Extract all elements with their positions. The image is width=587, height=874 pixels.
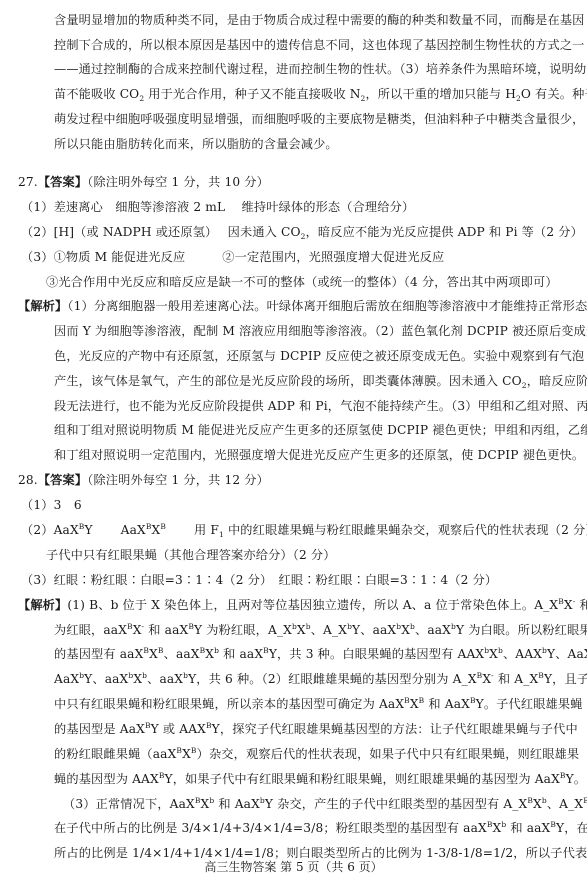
text-run: 中的红眼雄果蝇与粉红眼雌果蝇杂交，观察后代的性状表现（2 分）: [224, 523, 587, 537]
text-run: 在子代中所占的比例是 3/4×1/4+3/4×1/4=3/8；粉红眼类型的基因型…: [54, 821, 587, 835]
analysis-tag: 【解析】: [18, 299, 67, 313]
q28-analysis-line: 为红眼，aaXBX- 和 aaXBY 为粉红眼，A_XbXb、A_XbY、aaX…: [54, 622, 587, 638]
text-run: （2）[H]（或 NADPH 或还原氢） 因未通入 CO: [21, 225, 301, 239]
q28-analysis-first: 【解析】(1) B、b 位于 X 染色体上，且两对等位基因独立遗传，所以 A、a…: [18, 597, 587, 613]
q27-part1: （1）差速离心 细胞等渗溶液 2 mL 维持叶绿体的形态（合理给分）: [21, 199, 414, 215]
page-footer: 高三生物答案 第 5 页（共 6 页）: [0, 858, 587, 874]
q28-analysis-line: 中只有红眼果蝇和粉红眼果蝇，所以亲本的基因型可确定为 AaXBXB 和 AaXB…: [54, 696, 583, 712]
q27-analysis-line: 和丁组对照说明一定范围内，光照强度增大促进光反应产生更多的还原氢，使 DCPIP…: [54, 447, 584, 463]
continuation-line: 所以只能由脂肪转化而来，所以脂肪的含量会减少。: [54, 136, 338, 152]
question-number: 27.: [18, 175, 38, 189]
answer-tag: 【答案】: [38, 473, 87, 487]
text-run: 中只有红眼果蝇和粉红眼果蝇，所以亲本的基因型可确定为 AaXBXB 和 AaXB…: [54, 697, 583, 711]
q27-part3: （3）①物质 M 能促进光反应 ②一定范围内，光照强度增大促进光反应: [21, 249, 444, 265]
text-run: 苗不能吸收 CO: [54, 87, 139, 101]
q27-analysis-line: 组和丁组对照说明物质 M 能促进光反应产生更多的还原氢使 DCPIP 褪色更快；…: [54, 422, 587, 438]
q28-part2: （2）AaXBYAaXBXB用 F1 中的红眼雄果蝇与粉红眼雌果蝇杂交，观察后代…: [21, 522, 587, 538]
genotype: AaXBXB: [121, 523, 166, 537]
text-run: AaXbY、aaXbXb、aaXbY，共 6 种。（2）红眼雌雄果蝇的基因型分别…: [54, 672, 587, 686]
text-run: （3）正常情况下，AaXBXb 和 AaXbY 杂交，产生的子代中红眼类型的基因…: [63, 797, 587, 811]
text-run: ，暗反应不能为光反应提供 ADP 和 Pi 等（2 分）: [306, 225, 583, 239]
continuation-line: ——通过控制酶的合成来控制代谢过程，进而控制生物的性状。（3）培养条件为黑暗环境…: [54, 61, 586, 77]
q27-analysis-line: 色，光反应的产物中有还原氢，还原氢与 DCPIP 反应使之被还原变成无色。实验中…: [54, 348, 584, 364]
q27-analysis-line: 因而 Y 为细胞等渗溶液，配制 M 溶液应用细胞等渗溶液。（2）蓝色氧化剂 DC…: [54, 323, 587, 339]
q27-analysis-line: 产生，该气体是氧气，产生的部位是光反应阶段的场所，即类囊体薄膜。因未通入 CO2…: [54, 373, 587, 389]
continuation-line: 含量明显增加的物质种类不同，是由于物质合成过程中需要的酶的种类和数量不同，而酶是…: [54, 12, 585, 28]
q28-part2-cont: 子代中只有红眼果蝇（其他合理答案亦给分）（2 分）: [46, 547, 336, 563]
q27-analysis-line: 段无法进行，也不能为光反应阶段提供 ADP 和 Pi，气泡不能持续产生。（3）甲…: [54, 398, 587, 414]
text-run: ，所以干重的增加只能与 H: [365, 87, 516, 101]
q28-analysis-line: 的粉红眼雌果蝇（aaXBXB）杂交，观察后代的性状表现，如果子代中只有红眼果蝇，…: [54, 746, 579, 762]
q28-analysis-line: 蝇的基因型为 AAXBY，如果子代中有红眼果蝇和粉红眼果蝇，则红眼雄果蝇的基因型…: [54, 771, 586, 787]
continuation-line: 萌发过程中细胞呼吸强度明显增强，而细胞呼吸的主要底物是糖类，但油料种子中糖类含量…: [54, 111, 585, 127]
q28-analysis-line: 的基因型有 aaXBXB、aaXBXb 和 aaXBY，共 3 种。白眼果蝇的基…: [54, 646, 587, 662]
q28-analysis-line: （3）正常情况下，AaXBXb 和 AaXbY 杂交，产生的子代中红眼类型的基因…: [63, 796, 587, 812]
text-run: (1) B、b 位于 X 染色体上，且两对等位基因独立遗传，所以 A、a 位于常…: [67, 598, 587, 612]
q27-part3-cont: ③光合作用中光反应和暗反应是缺一不可的整体（或统一的整体）（4 分，答出其中两项…: [46, 274, 558, 290]
text-run: 为红眼，aaXBX- 和 aaXBY 为粉红眼，A_XbXb、A_XbY、aaX…: [54, 623, 587, 637]
q27-part2: （2）[H]（或 NADPH 或还原氢） 因未通入 CO2，暗反应不能为光反应提…: [21, 224, 583, 240]
question-number: 28.: [18, 473, 38, 487]
text-run: 用 F: [194, 523, 219, 537]
scoring-note: （除注明外每空 1 分，共 12 分）: [87, 473, 269, 487]
text-run: 产生，该气体是氧气，产生的部位是光反应阶段的场所，即类囊体薄膜。因未通入 CO: [54, 374, 522, 388]
text-run: 的基因型有 aaXBXB、aaXBXb 和 aaXBY，共 3 种。白眼果蝇的基…: [54, 647, 587, 661]
text-run: （2）: [21, 523, 54, 537]
text-run: （1）分离细胞器一般用差速离心法。叶绿体离开细胞后需放在细胞等渗溶液中才能维持正…: [67, 299, 587, 313]
q27-header: 27.【答案】（除注明外每空 1 分，共 10 分）: [18, 174, 269, 190]
text-run: 的粉红眼雌果蝇（aaXBXB）杂交，观察后代的性状表现，如果子代中只有红眼果蝇，…: [54, 747, 579, 761]
text-run: 用于光合作用，种子又不能直接吸收 N: [144, 87, 360, 101]
continuation-line: 苗不能吸收 CO2 用于光合作用，种子又不能直接吸收 N2，所以干重的增加只能与…: [54, 86, 587, 102]
genotype: AaXBY: [54, 523, 93, 537]
q28-part3: （3）红眼∶粉红眼∶白眼=3∶1∶4（2 分） 红眼∶粉红眼∶白眼=3∶1∶4（…: [21, 572, 497, 588]
q28-analysis-line: 的基因型是 AaXBY 或 AAXBY，探究子代红眼雄果蝇基因型的方法：让子代红…: [54, 721, 578, 737]
q28-header: 28.【答案】（除注明外每空 1 分，共 12 分）: [18, 472, 269, 488]
q28-analysis-line: AaXbY、aaXbXb、aaXbY，共 6 种。（2）红眼雌雄果蝇的基因型分别…: [54, 671, 587, 687]
text-run: 的基因型是 AaXBY 或 AAXBY，探究子代红眼雄果蝇基因型的方法：让子代红…: [54, 722, 578, 736]
text-run: O 有关。种子: [521, 87, 587, 101]
scoring-note: （除注明外每空 1 分，共 10 分）: [87, 175, 269, 189]
text-run: 蝇的基因型为 AAXBY，如果子代中有红眼果蝇和粉红眼果蝇，则红眼雄果蝇的基因型…: [54, 772, 586, 786]
q28-part1: （1）3 6: [21, 497, 82, 513]
q27-analysis-first: 【解析】（1）分离细胞器一般用差速离心法。叶绿体离开细胞后需放在细胞等渗溶液中才…: [18, 298, 587, 314]
text-run: ，暗反应阶: [527, 374, 587, 388]
q28-analysis-line: 在子代中所占的比例是 3/4×1/4+3/4×1/4=3/8；粉红眼类型的基因型…: [54, 820, 587, 836]
answer-tag: 【答案】: [38, 175, 87, 189]
analysis-tag: 【解析】: [18, 598, 67, 612]
continuation-line: 控制下合成的，所以根本原因是基因中的遗传信息不同，这也体现了基因控制生物性状的方…: [54, 37, 585, 53]
